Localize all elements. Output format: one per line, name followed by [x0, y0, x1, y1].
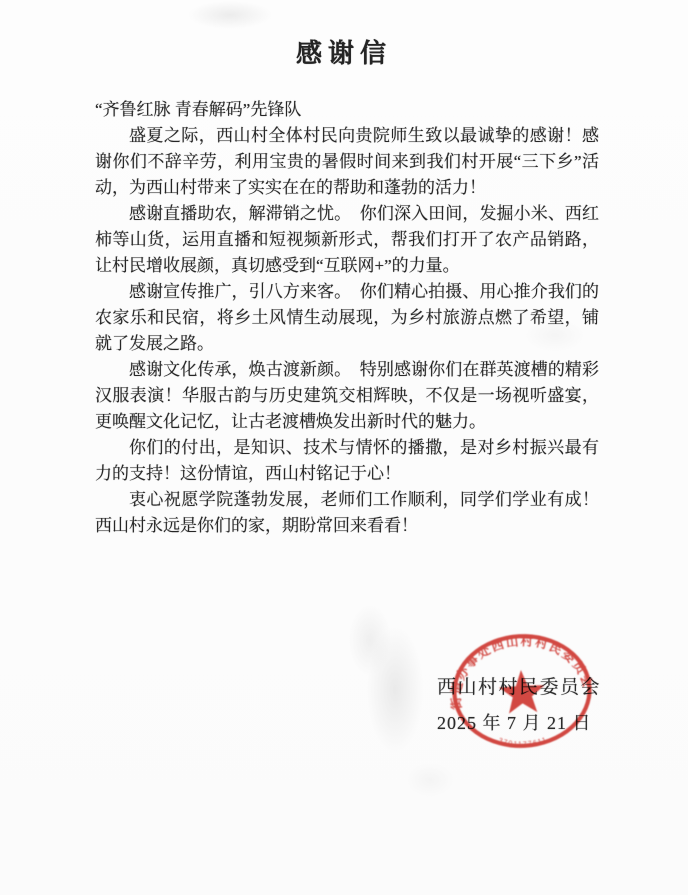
seal-code: 3701177611: [497, 735, 549, 750]
letter-body: “齐鲁红脉 青春解码”先锋队 盛夏之际，西山村全体村民向贵院师生致以最诚挚的感谢…: [95, 97, 599, 539]
salutation: “齐鲁红脉 青春解码”先锋队: [95, 97, 599, 123]
paragraph: 感谢直播助农，解滞销之忧。 你们深入田间，发掘小米、西红柿等山货，运用直播和短视…: [95, 201, 599, 279]
paragraph: 衷心祝愿学院蓬勃发展，老师们工作顺利，同学们学业有成！西山村永远是你们的家，期盼…: [95, 487, 599, 539]
official-seal: 街道办事处西山村村民委员会 3701177611: [441, 624, 603, 758]
svg-text:3701177611: 3701177611: [497, 735, 549, 750]
paragraph: 感谢文化传承，焕古渡新颜。 特别感谢你们在群英渡槽的精彩汉服表演！华服古韵与历史…: [95, 357, 599, 435]
seal-star-icon: [498, 669, 546, 714]
paragraph: 你们的付出，是知识、技术与情怀的播撒，是对乡村振兴最有力的支持！这份情谊，西山村…: [95, 435, 599, 487]
letter-title: 感谢信: [0, 33, 688, 70]
letter-page: 感谢信 “齐鲁红脉 青春解码”先锋队 盛夏之际，西山村全体村民向贵院师生致以最诚…: [0, 0, 688, 895]
paragraph: 盛夏之际，西山村全体村民向贵院师生致以最诚挚的感谢！感谢你们不辞辛劳，利用宝贵的…: [95, 123, 599, 201]
paragraph: 感谢宣传推广，引八方来客。 你们精心拍摄、用心推介我们的农家乐和民宿，将乡土风情…: [95, 279, 599, 357]
